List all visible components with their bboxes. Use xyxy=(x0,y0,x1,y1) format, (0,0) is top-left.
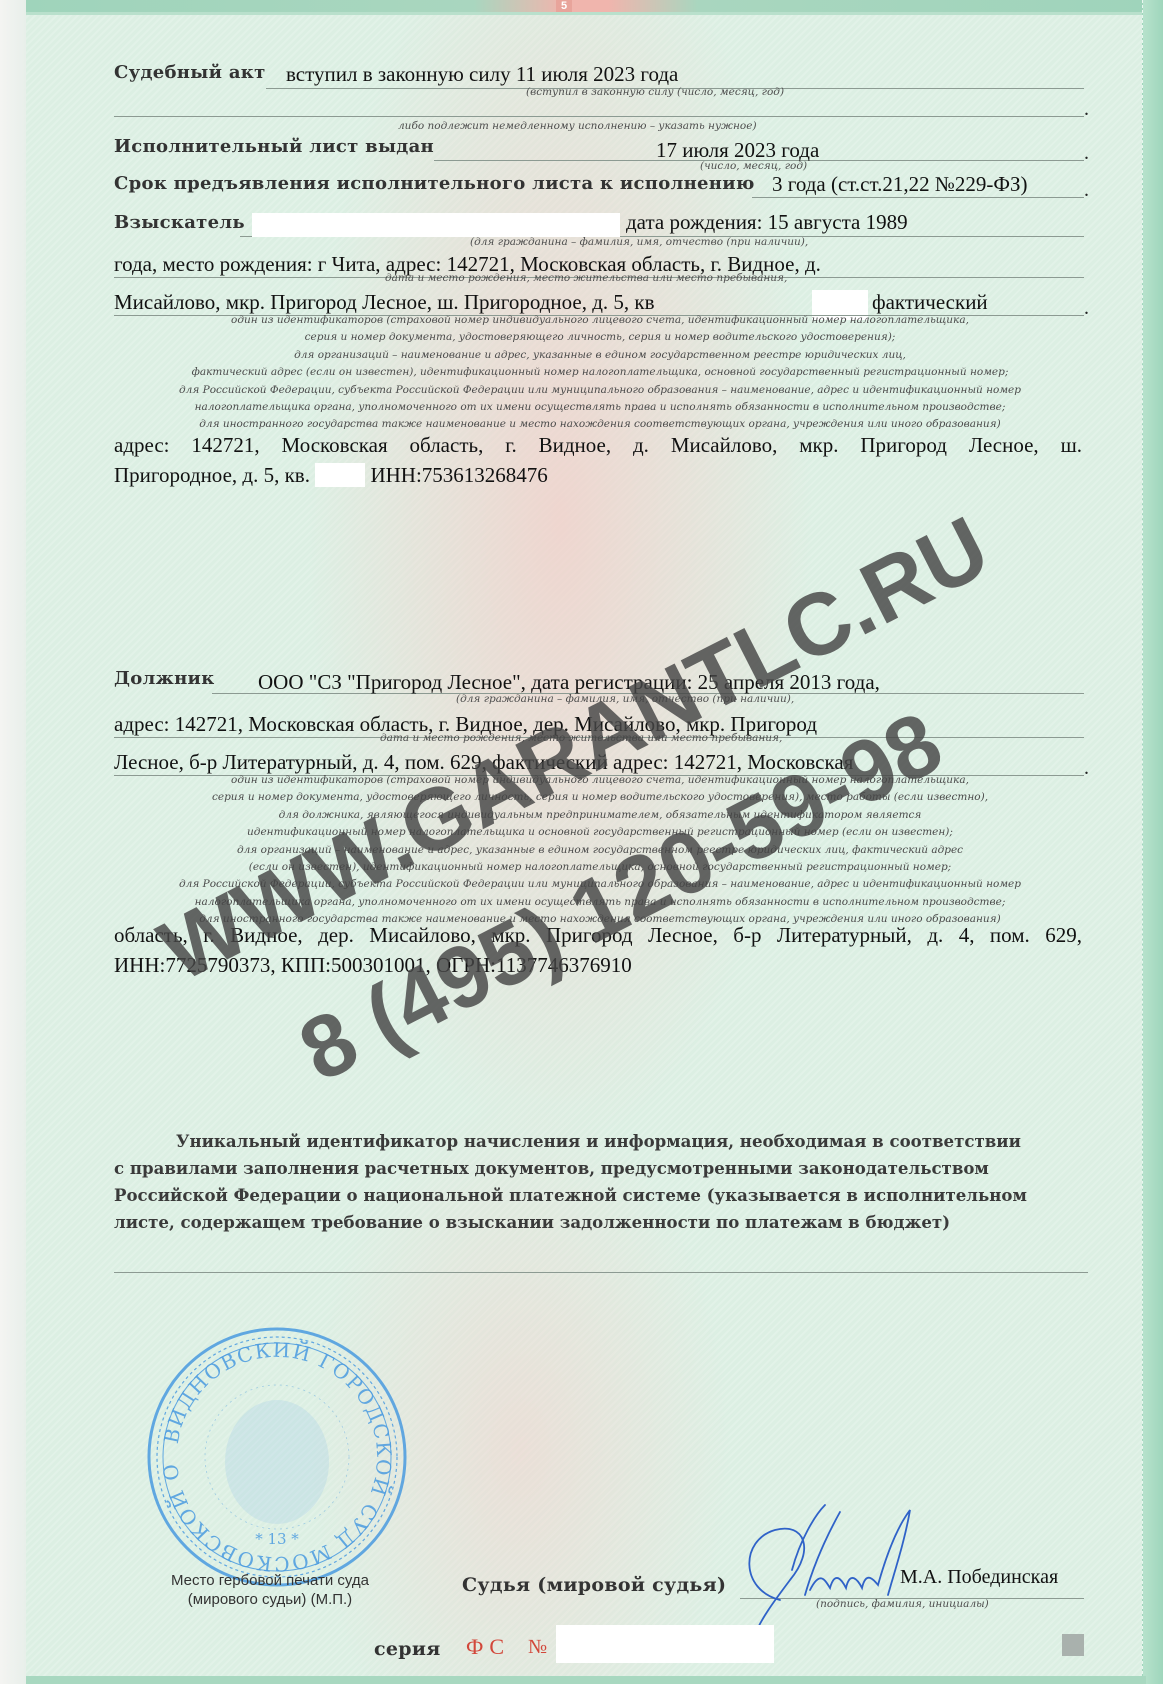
writ-issued-hint: (число, месяц, год) xyxy=(700,160,807,172)
claimant-address-part: Пригородное, д. 5, кв. xyxy=(114,463,310,487)
claimant-inn: ИНН:753613268476 xyxy=(370,463,547,487)
claimant-hint-line: один из идентификаторов (страховой номер… xyxy=(112,312,1088,329)
uin-block: Уникальный идентификатор начисления и ин… xyxy=(114,1128,1086,1236)
judicial-act-underline-2 xyxy=(114,116,1084,117)
debtor-hint-line: налогоплательщика органа, уполномоченног… xyxy=(112,894,1088,911)
claimant-hint-line: для организаций – наименование и адрес, … xyxy=(112,347,1088,364)
presentation-term-label: Срок предъявления исполнительного листа … xyxy=(114,173,755,194)
court-seal-icon: ВИДНОВСКИЙ ГОРОДСКОЙ СУД МОСКОВСКОЙ ОБЛА… xyxy=(142,1322,412,1592)
judge-label: Судья (мировой судья) xyxy=(462,1574,726,1596)
series-label: серия xyxy=(374,1638,441,1660)
judicial-act-hint-2: либо подлежит немедленному исполнению – … xyxy=(398,120,757,132)
writ-issued-label: Исполнительный лист выдан xyxy=(114,136,434,157)
stamp-caption: Место гербовой печати суда (мирового суд… xyxy=(140,1571,400,1609)
presentation-term-value: 3 года (ст.ст.21,22 №229-ФЗ) xyxy=(772,172,1027,197)
claimant-hint-line: налогоплательщика органа, уполномоченног… xyxy=(112,399,1088,416)
debtor-hint-line: для должника, являющегося индивидуальным… xyxy=(112,807,1088,824)
line-end-dot: . xyxy=(1084,98,1089,121)
debtor-hint-block: один из идентификаторов (страховой номер… xyxy=(112,772,1088,929)
judicial-act-label: Судебный акт xyxy=(114,62,266,83)
claimant-hint-line: серия и номер документа, удостоверяющего… xyxy=(112,329,1088,346)
claimant-hint-line: для Российской Федерации, субъекта Росси… xyxy=(112,382,1088,399)
presentation-term-underline xyxy=(752,197,1084,198)
claimant-address: адрес: 142721, Московская область, г. Ви… xyxy=(114,430,1082,490)
debtor-hint-line: для организаций – наименование и адрес, … xyxy=(112,842,1088,859)
claimant-hint-line: фактический адрес (если он известен), ид… xyxy=(112,364,1088,381)
claimant-hint-block: один из идентификаторов (страховой номер… xyxy=(112,312,1088,434)
debtor-hint-line: для Российской Федерации, субъекта Росси… xyxy=(112,876,1088,893)
debtor-hint-line: серия и номер документа, удостоверяющего… xyxy=(112,789,1088,806)
uin-line: листе, содержащем требование о взыскании… xyxy=(114,1209,1086,1236)
judge-name: М.А. Побединская xyxy=(900,1566,1058,1589)
uin-line: Российской Федерации о национальной плат… xyxy=(114,1182,1086,1209)
stamp-caption-line-2: (мирового судьи) (М.П.) xyxy=(140,1590,400,1609)
debtor-name: ООО "СЗ "Пригород Лесное", дата регистра… xyxy=(258,670,880,695)
debtor-identifiers: ИНН:7725790373, КПП:500301001, ОГРН:1137… xyxy=(114,950,1082,980)
series-number-sign: № xyxy=(528,1636,547,1659)
debtor-hint-line: (если он известен), идентификационный но… xyxy=(112,859,1088,876)
series-code: ФС xyxy=(466,1634,510,1660)
claimant-address-line-2: Пригородное, д. 5, кв. ИНН:753613268476 xyxy=(114,460,1082,490)
page-edge xyxy=(0,0,26,1684)
debtor-address: область, г. Видное, дер. Мисайлово, мкр.… xyxy=(114,920,1082,980)
redacted-apartment-2 xyxy=(315,463,365,487)
debtor-label: Должник xyxy=(114,668,215,689)
signature-hint: (подпись, фамилия, инициалы) xyxy=(816,1598,989,1610)
uin-underline xyxy=(114,1272,1088,1273)
debtor-hint-line: один из идентификаторов (страховой номер… xyxy=(112,772,1088,789)
claimant-address-line-1: адрес: 142721, Московская область, г. Ви… xyxy=(114,430,1082,460)
gray-marker xyxy=(1062,1634,1084,1656)
top-border-band xyxy=(26,0,1146,12)
claimant-label: Взыскатель xyxy=(114,212,245,233)
debtor-hint-2: дата и место рождения, место жительства … xyxy=(380,732,782,744)
top-border-line xyxy=(26,12,1146,15)
uin-line: Уникальный идентификатор начисления и ин… xyxy=(114,1128,1086,1155)
debtor-hint-line: идентификационный номер налогоплательщик… xyxy=(112,824,1088,841)
right-border-band xyxy=(1142,0,1163,1684)
line-end-dot: . xyxy=(1084,142,1089,165)
redacted-claimant-name xyxy=(252,213,620,237)
bottom-border-band xyxy=(26,1676,1146,1684)
claimant-hint-1: (для гражданина – фамилия, имя, отчество… xyxy=(470,236,808,248)
redacted-series-number xyxy=(556,1625,774,1663)
uin-line: с правилами заполнения расчетных докумен… xyxy=(114,1155,1086,1182)
judicial-act-value: вступил в законную силу 11 июля 2023 год… xyxy=(286,62,678,87)
judicial-act-hint: (вступил в законную силу (число, месяц, … xyxy=(526,86,784,98)
page-number: 5 xyxy=(556,0,572,12)
line-end-dot: . xyxy=(1084,179,1089,202)
claimant-hint-2: дата и место рождения, место жительства … xyxy=(385,272,787,284)
debtor-hint-1: (для гражданина – фамилия, имя, отчество… xyxy=(456,693,794,705)
seal-center-text: * 13 * xyxy=(255,1530,299,1548)
debtor-address-line-1: область, г. Видное, дер. Мисайлово, мкр.… xyxy=(114,920,1082,950)
claimant-birth-date: дата рождения: 15 августа 1989 xyxy=(626,210,908,235)
stamp-caption-line-1: Место гербовой печати суда xyxy=(140,1571,400,1590)
